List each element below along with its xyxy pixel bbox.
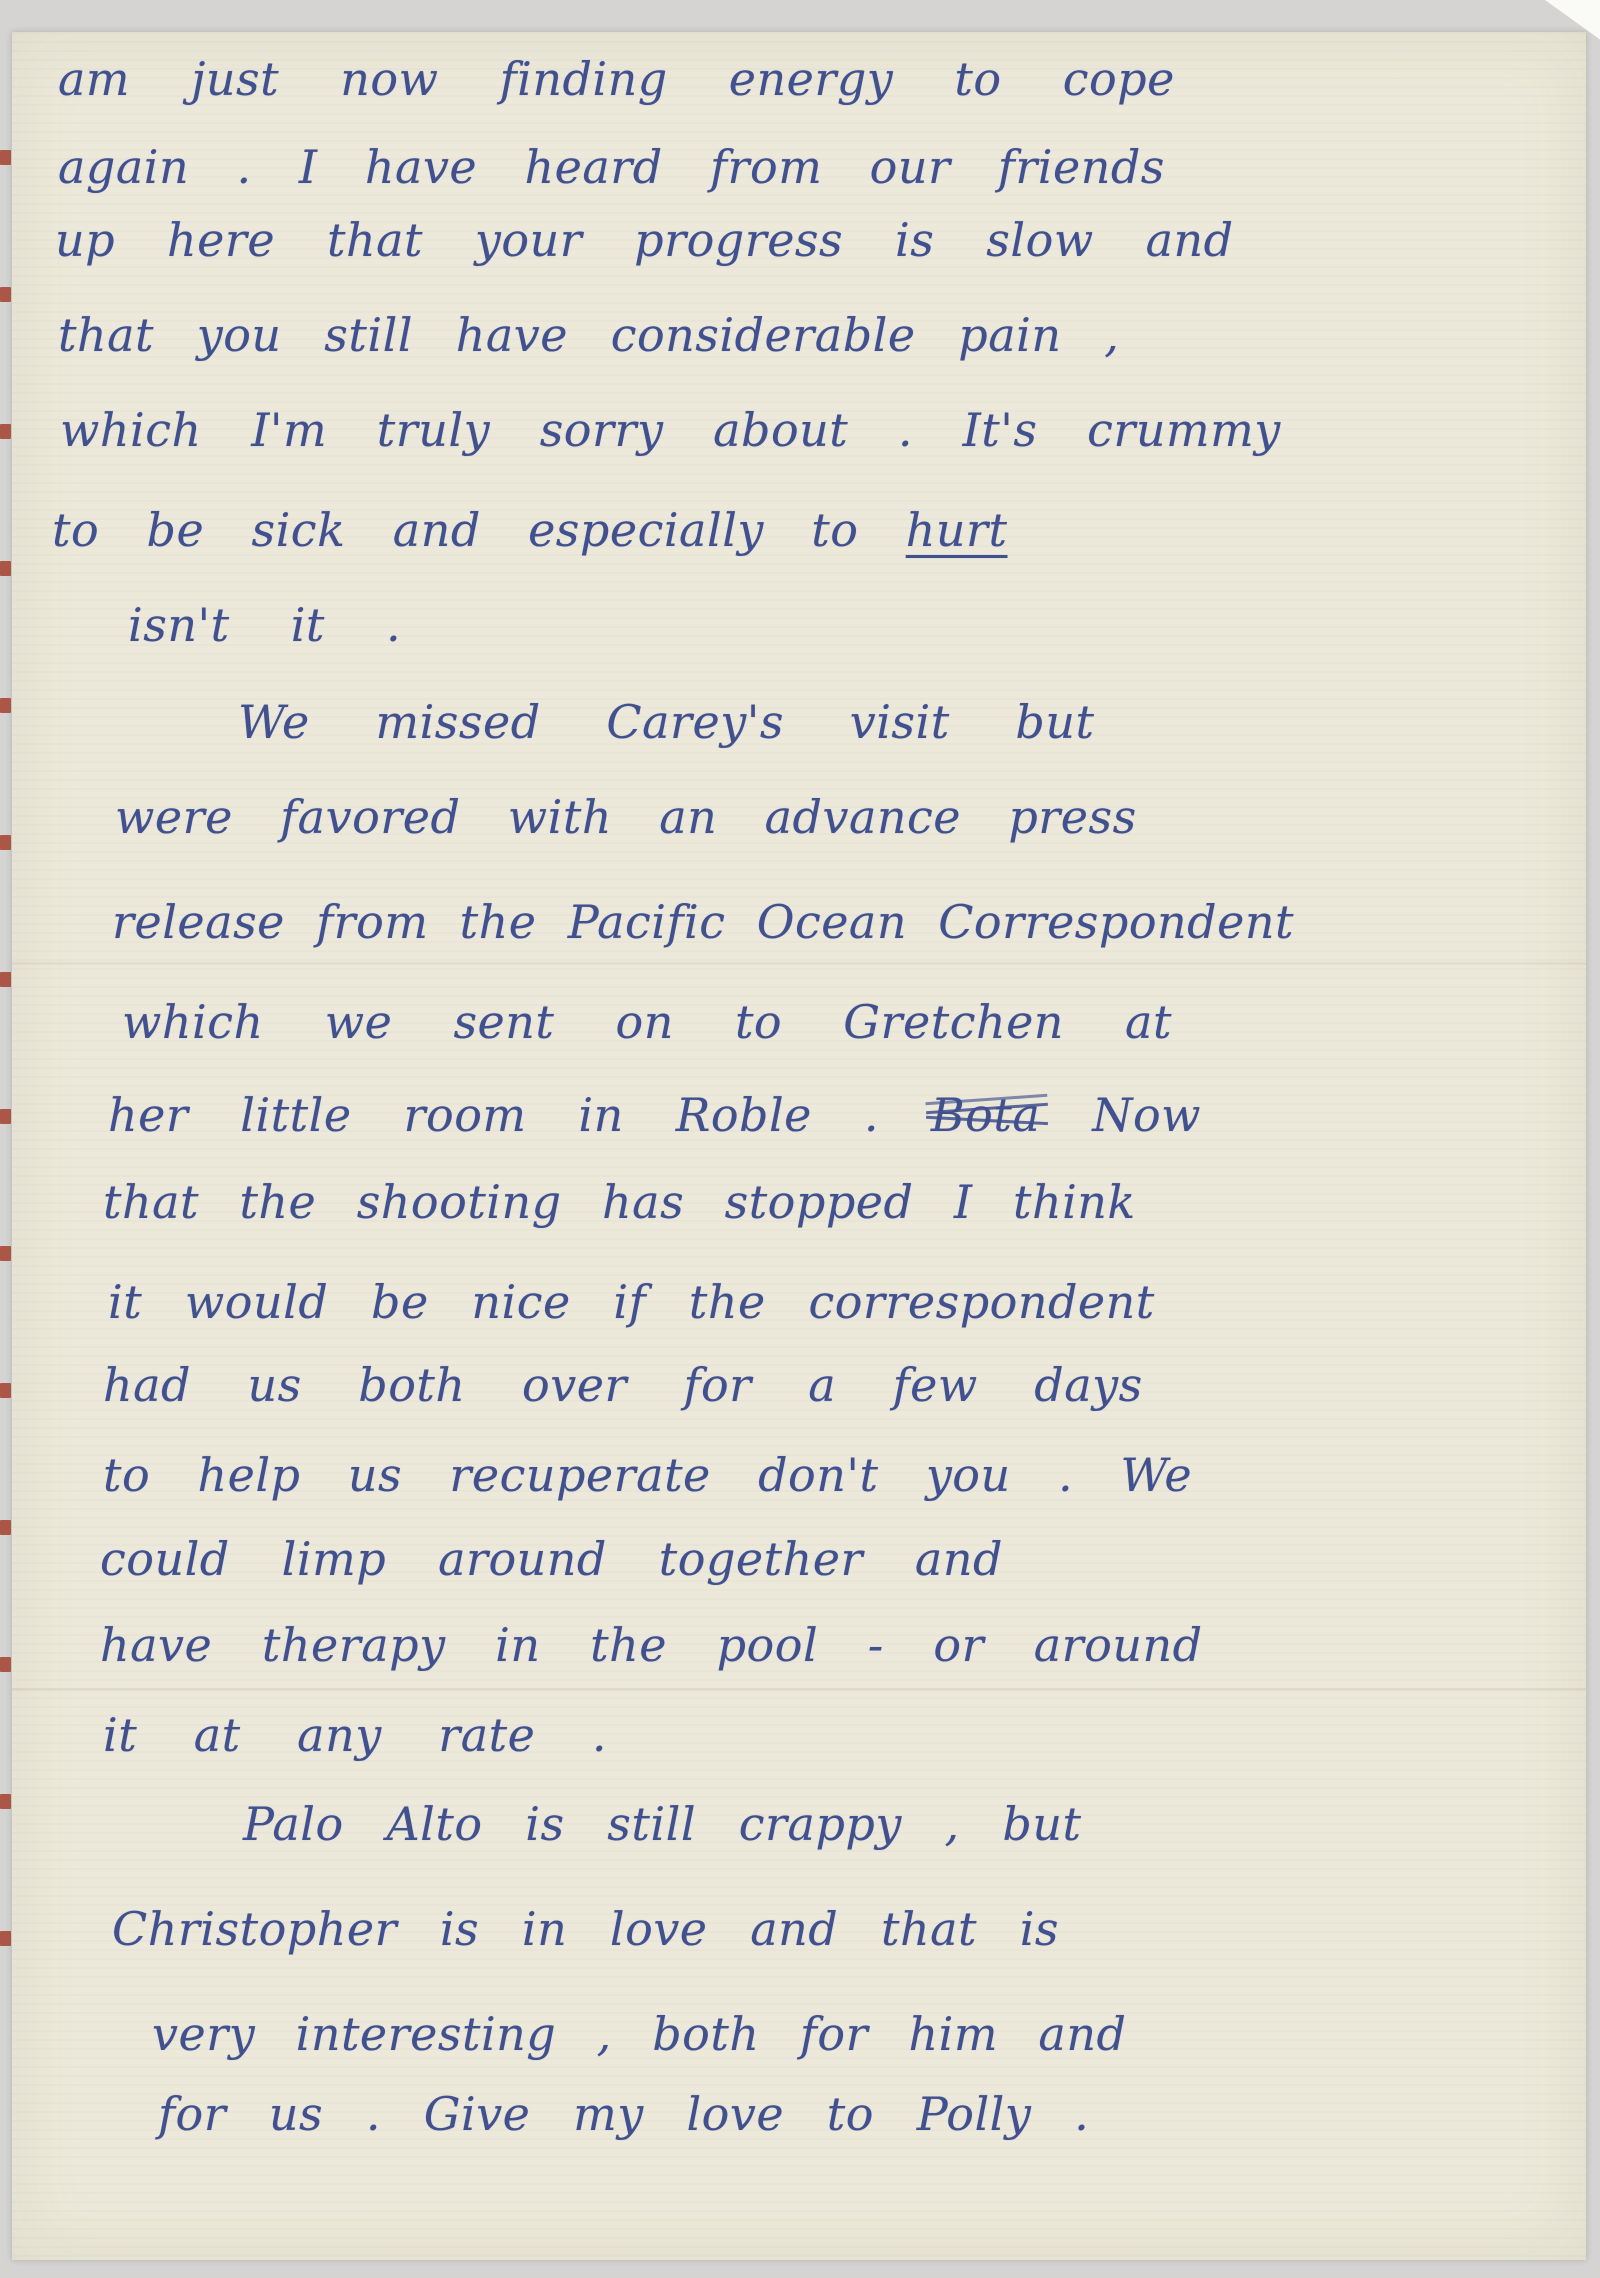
red-edge-mark <box>0 1657 11 1672</box>
letter-line-segment: to help us recuperate don't you . We <box>103 1448 1192 1502</box>
letter-line-segment: very interesting , both for him and <box>152 2007 1126 2061</box>
letter-scan: am just now finding energy to copeagain … <box>0 0 1600 2278</box>
letter-line-segment: We missed Carey's visit but <box>238 695 1095 749</box>
red-edge-mark <box>0 1383 11 1398</box>
letter-line: Christopher is in love and that is <box>112 1902 1059 1956</box>
letter-line-segment: which I'm truly sorry about . It's crumm… <box>60 403 1281 457</box>
letter-line-segment: that the shooting has stopped I think <box>103 1175 1136 1229</box>
letter-line-segment: had us both over for a few days <box>103 1358 1143 1412</box>
letter-line: am just now finding energy to cope <box>58 52 1175 106</box>
letter-line-segment: release from the Pacific Ocean Correspon… <box>112 895 1294 949</box>
letter-line: to help us recuperate don't you . We <box>103 1448 1192 1502</box>
letter-line: it would be nice if the correspondent <box>108 1275 1155 1329</box>
letter-line: for us . Give my love to Polly . <box>158 2087 1089 2141</box>
letter-line-segment: were favored with an advance press <box>115 790 1137 844</box>
red-edge-mark <box>0 1246 11 1261</box>
red-edge-mark <box>0 1109 11 1124</box>
letter-line-segment: that you still have considerable pain , <box>58 308 1119 362</box>
letter-line-segment: Now <box>1040 1088 1201 1142</box>
letter-line: that the shooting has stopped I think <box>103 1175 1136 1229</box>
letter-line-segment: could limp around together and <box>100 1532 1003 1586</box>
letter-line: had us both over for a few days <box>103 1358 1143 1412</box>
letter-line: it at any rate . <box>103 1708 607 1762</box>
letter-line: to be sick and especially to hurt <box>52 503 1007 557</box>
letter-line-segment: her little room in Roble . <box>108 1088 931 1142</box>
letter-line-segment: it would be nice if the correspondent <box>108 1275 1155 1329</box>
letter-line: isn't it . <box>128 598 401 652</box>
red-edge-mark <box>0 972 11 987</box>
letter-line: that you still have considerable pain , <box>58 308 1119 362</box>
letter-line-segment-strike: Bota <box>931 1088 1040 1142</box>
letter-line: were favored with an advance press <box>115 790 1137 844</box>
red-edge-mark <box>0 835 11 850</box>
letter-line-segment: which we sent on to Gretchen at <box>122 995 1172 1049</box>
letter-line-segment: up here that your progress is slow and <box>55 213 1234 267</box>
red-edge-mark <box>0 1794 11 1809</box>
letter-line-segment: again . I have heard from our friends <box>58 140 1165 194</box>
letter-line-segment: for us . Give my love to Polly . <box>158 2087 1089 2141</box>
paper-crease <box>12 962 1586 965</box>
red-edge-mark <box>0 698 11 713</box>
letter-line: Palo Alto is still crappy , but <box>243 1797 1081 1851</box>
letter-line: up here that your progress is slow and <box>55 213 1234 267</box>
letter-line: We missed Carey's visit but <box>238 695 1095 749</box>
letter-line: release from the Pacific Ocean Correspon… <box>112 895 1294 949</box>
letter-line: could limp around together and <box>100 1532 1003 1586</box>
letter-line-segment: to be sick and especially to <box>52 503 906 557</box>
letter-line: which we sent on to Gretchen at <box>122 995 1172 1049</box>
red-edge-mark <box>0 424 11 439</box>
letter-line: which I'm truly sorry about . It's crumm… <box>60 403 1281 457</box>
letter-line: very interesting , both for him and <box>152 2007 1126 2061</box>
paper-crease <box>12 1688 1586 1691</box>
letter-line: again . I have heard from our friends <box>58 140 1165 194</box>
letter-line: have therapy in the pool - or around <box>100 1618 1203 1672</box>
red-edge-mark <box>0 150 11 165</box>
red-edge-mark <box>0 1931 11 1946</box>
letter-line-segment: it at any rate . <box>103 1708 607 1762</box>
letter-line: her little room in Roble . Bota Now <box>108 1088 1201 1142</box>
letter-line-segment-underline: hurt <box>906 503 1008 557</box>
red-edge-mark <box>0 287 11 302</box>
red-edge-mark <box>0 1520 11 1535</box>
letter-line-segment: am just now finding energy to cope <box>58 52 1175 106</box>
letter-line-segment: have therapy in the pool - or around <box>100 1618 1203 1672</box>
letter-line-segment: Christopher is in love and that is <box>112 1902 1059 1956</box>
red-edge-mark <box>0 561 11 576</box>
letter-line-segment: isn't it . <box>128 598 401 652</box>
letter-line-segment: Palo Alto is still crappy , but <box>243 1797 1081 1851</box>
